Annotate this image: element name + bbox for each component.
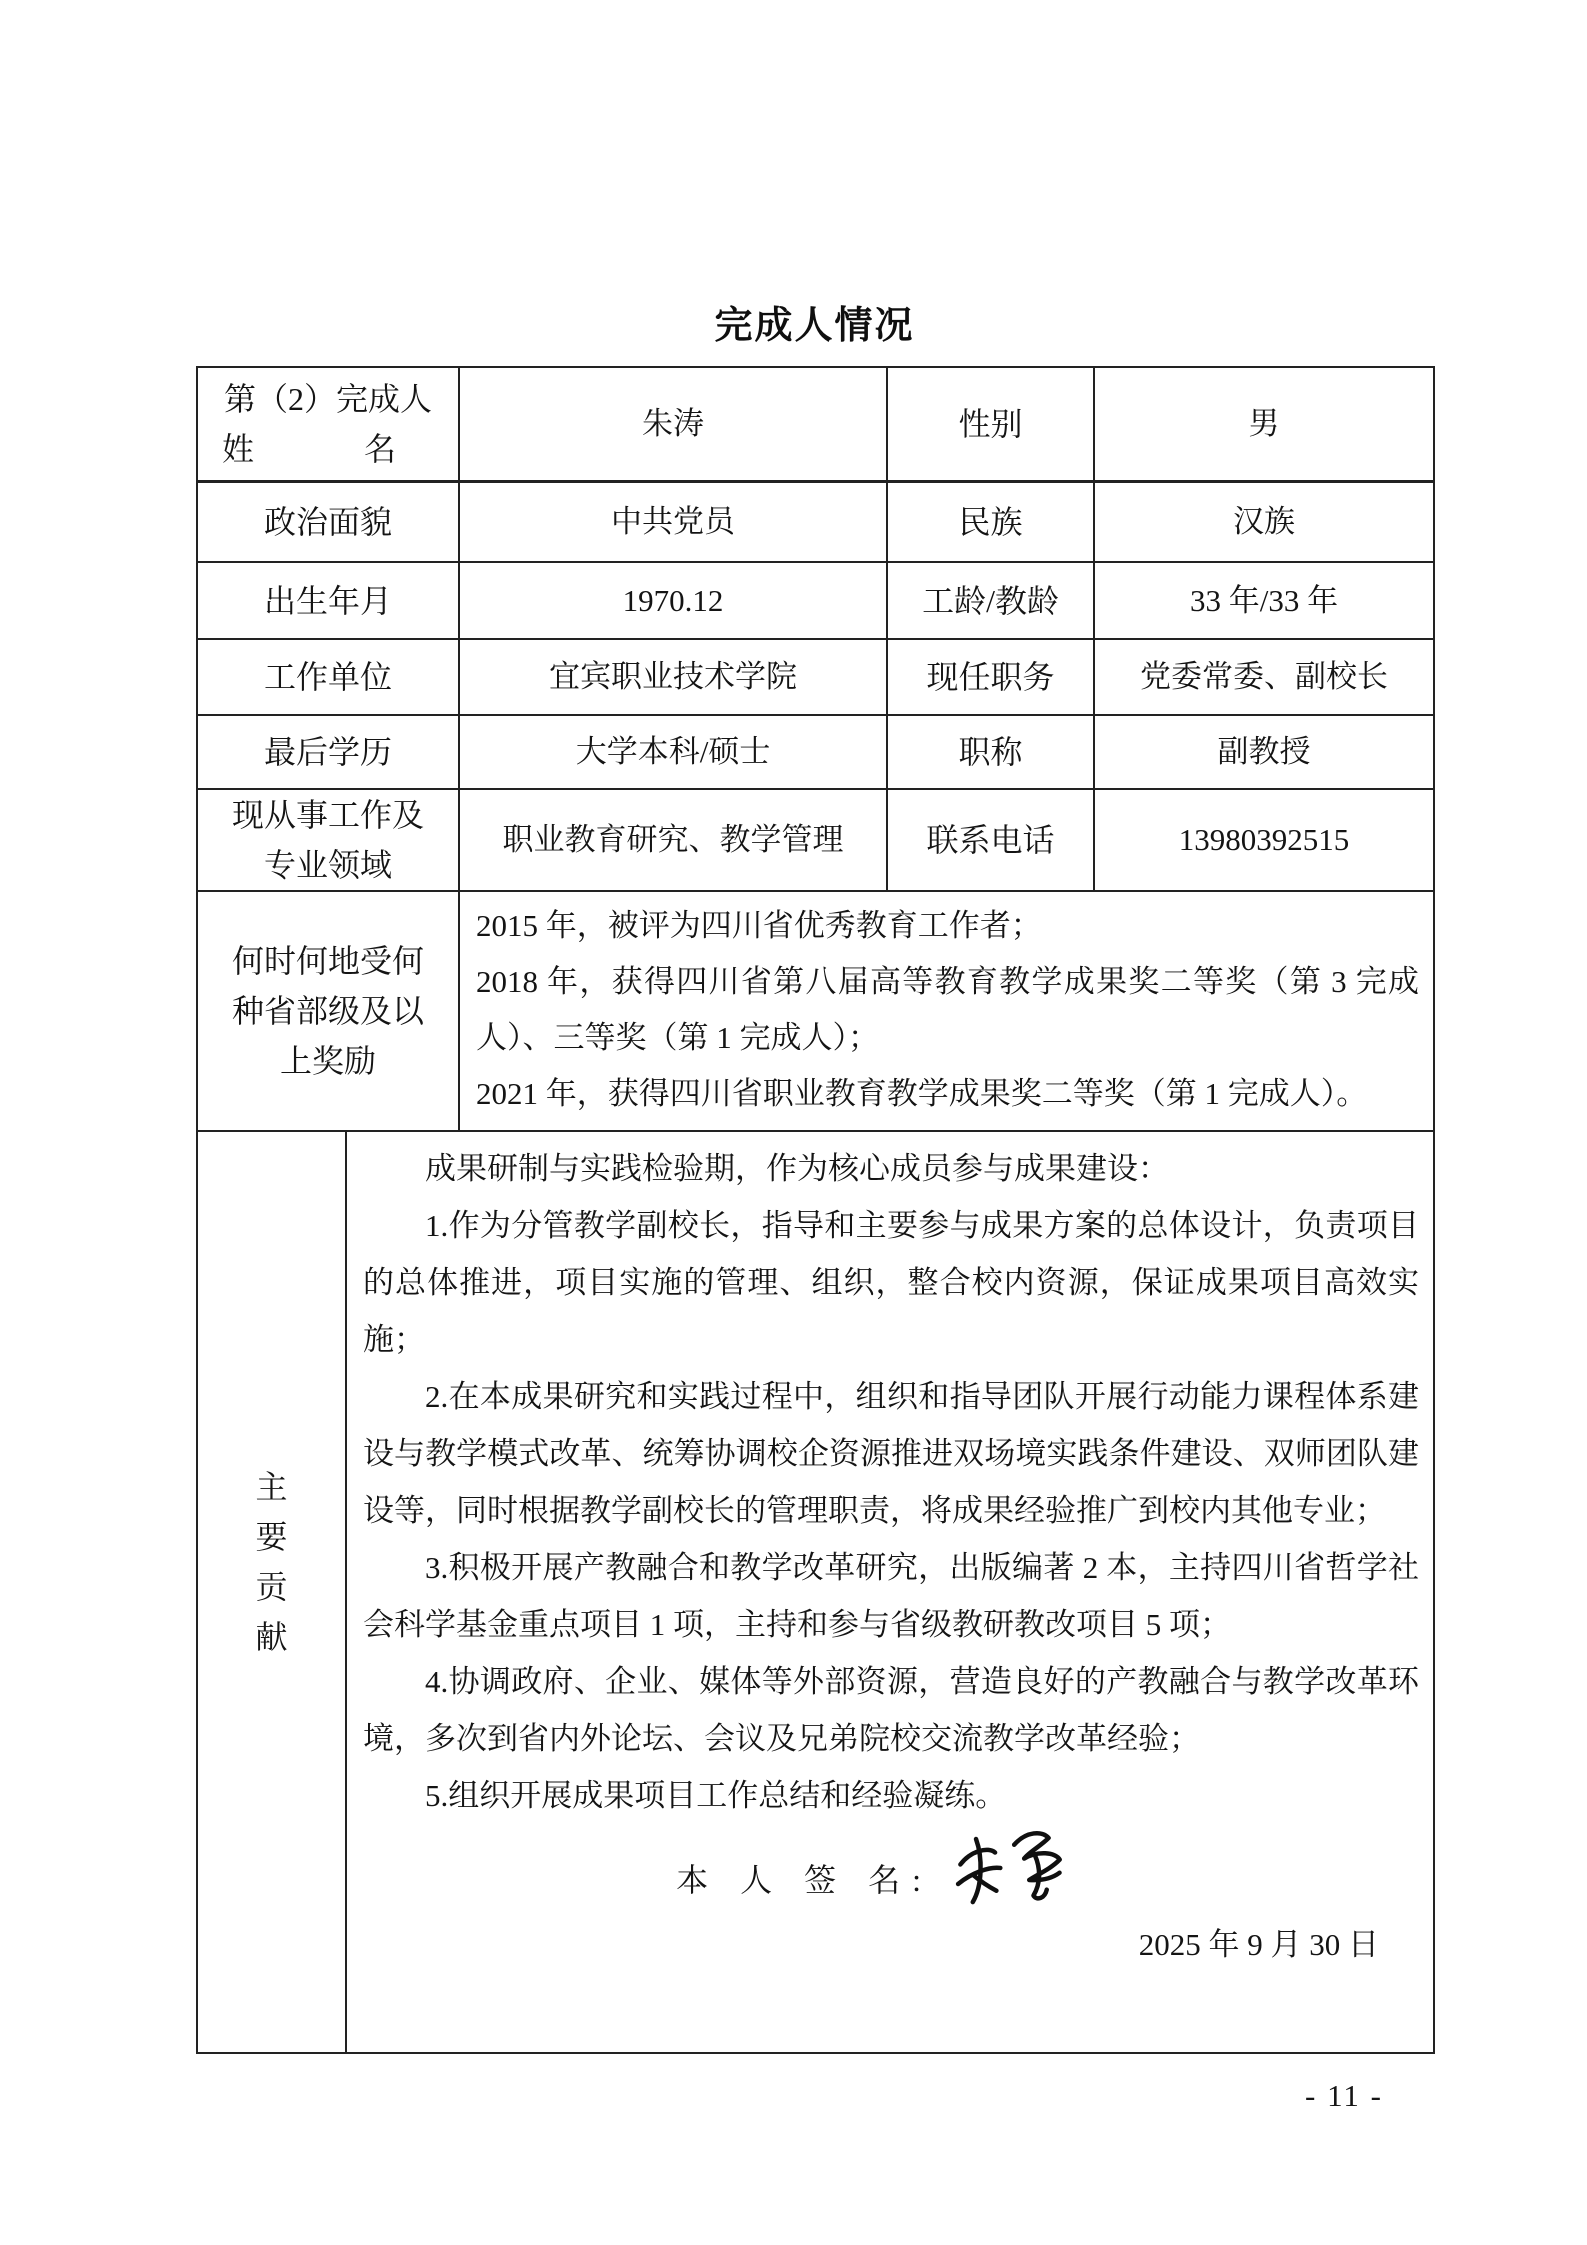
cell-position-label: 现任职务 [887, 639, 1094, 715]
contribution-intro: 成果研制与实践检验期，作为核心成员参与成果建设： [363, 1140, 1419, 1197]
contributions-vertical-label: 主 要 贡 献 [198, 1470, 345, 1654]
contribution-item: 5.组织开展成果项目工作总结和经验凝练。 [363, 1767, 1419, 1824]
signature-label: 本 人 签 名: [676, 1857, 933, 1903]
cell-seniority-label: 工龄/教龄 [887, 562, 1094, 639]
cell-field-value: 职业教育研究、教学管理 [459, 789, 887, 891]
cell-title-value: 副教授 [1094, 715, 1434, 789]
cell-ethnicity-value: 汉族 [1094, 482, 1434, 563]
cell-field-label: 现从事工作及 专业领域 [197, 789, 459, 891]
table-row-name: 第（2）完成人 姓 名 朱涛 性别 男 [197, 367, 1434, 482]
cell-politics-label: 政治面貌 [197, 482, 459, 563]
contribution-item: 3.积极开展产教融合和教学改革研究，出版编著 2 本，主持四川省哲学社会科学基金… [363, 1539, 1419, 1653]
cell-gender-label: 性别 [887, 367, 1094, 482]
cell-education-value: 大学本科/硕士 [459, 715, 887, 789]
page-title: 完成人情况 [196, 294, 1433, 349]
completer-info-table: 第（2）完成人 姓 名 朱涛 性别 男 政治面貌 中共党员 民族 汉族 出生年月… [196, 366, 1435, 2054]
cell-birth-label: 出生年月 [197, 562, 459, 639]
award-entry: 2015 年，被评为四川省优秀教育工作者； [476, 898, 1419, 954]
signature-handwriting-icon [939, 1823, 1089, 1907]
page-number: - 11 - [1305, 2078, 1383, 2114]
cell-phone-value: 13980392515 [1094, 789, 1434, 891]
cell-education-label: 最后学历 [197, 715, 459, 789]
cell-gender-value: 男 [1094, 367, 1434, 482]
cell-seniority-value: 33 年/33 年 [1094, 562, 1434, 639]
cell-position-value: 党委常委、副校长 [1094, 639, 1434, 715]
table-row-employer: 工作单位 宜宾职业技术学院 现任职务 党委常委、副校长 [197, 639, 1434, 715]
contribution-item: 4.协调政府、企业、媒体等外部资源，营造良好的产教融合与教学改革环境，多次到省内… [363, 1653, 1419, 1767]
table-row-birth: 出生年月 1970.12 工龄/教龄 33 年/33 年 [197, 562, 1434, 639]
document-page: 完成人情况 第（2）完成人 姓 名 朱涛 性别 男 政治面貌 中共党员 民族 汉… [0, 0, 1587, 2245]
award-entry: 2018 年，获得四川省第八届高等教育教学成果奖二等奖（第 3 完成人）、三等奖… [476, 954, 1419, 1066]
name-label-line1: 第（2）完成人 [198, 374, 458, 424]
signature-row: 本 人 签 名: [363, 1840, 1089, 1920]
table-row-education: 最后学历 大学本科/硕士 职称 副教授 [197, 715, 1434, 789]
name-label-line2: 姓 名 [198, 424, 458, 474]
cell-contributions-label: 主 要 贡 献 [197, 1131, 346, 2053]
cell-title-label: 职称 [887, 715, 1094, 789]
contribution-item: 2.在本成果研究和实践过程中，组织和指导团队开展行动能力课程体系建设与教学模式改… [363, 1368, 1419, 1539]
award-entry: 2021 年，获得四川省职业教育教学成果奖二等奖（第 1 完成人）。 [476, 1066, 1419, 1122]
cell-ethnicity-label: 民族 [887, 482, 1094, 563]
cell-awards-label: 何时何地受何 种省部级及以 上奖励 [197, 891, 459, 1131]
cell-phone-label: 联系电话 [887, 789, 1094, 891]
cell-birth-value: 1970.12 [459, 562, 887, 639]
table-row-contributions: 主 要 贡 献 成果研制与实践检验期，作为核心成员参与成果建设： 1.作为分管教… [197, 1131, 1434, 2053]
cell-employer-label: 工作单位 [197, 639, 459, 715]
cell-name-value: 朱涛 [459, 367, 887, 482]
table-row-politics: 政治面貌 中共党员 民族 汉族 [197, 482, 1434, 563]
cell-employer-value: 宜宾职业技术学院 [459, 639, 887, 715]
cell-politics-value: 中共党员 [459, 482, 887, 563]
table-row-awards: 何时何地受何 种省部级及以 上奖励 2015 年，被评为四川省优秀教育工作者； … [197, 891, 1434, 1131]
cell-awards-content: 2015 年，被评为四川省优秀教育工作者； 2018 年，获得四川省第八届高等教… [459, 891, 1434, 1131]
signature-date: 2025 年 9 月 30 日 [363, 1920, 1419, 1970]
contribution-item: 1.作为分管教学副校长，指导和主要参与成果方案的总体设计，负责项目的总体推进，项… [363, 1197, 1419, 1368]
cell-contributions-content: 成果研制与实践检验期，作为核心成员参与成果建设： 1.作为分管教学副校长，指导和… [346, 1131, 1434, 2053]
table-row-field: 现从事工作及 专业领域 职业教育研究、教学管理 联系电话 13980392515 [197, 789, 1434, 891]
cell-name-label: 第（2）完成人 姓 名 [197, 367, 459, 482]
